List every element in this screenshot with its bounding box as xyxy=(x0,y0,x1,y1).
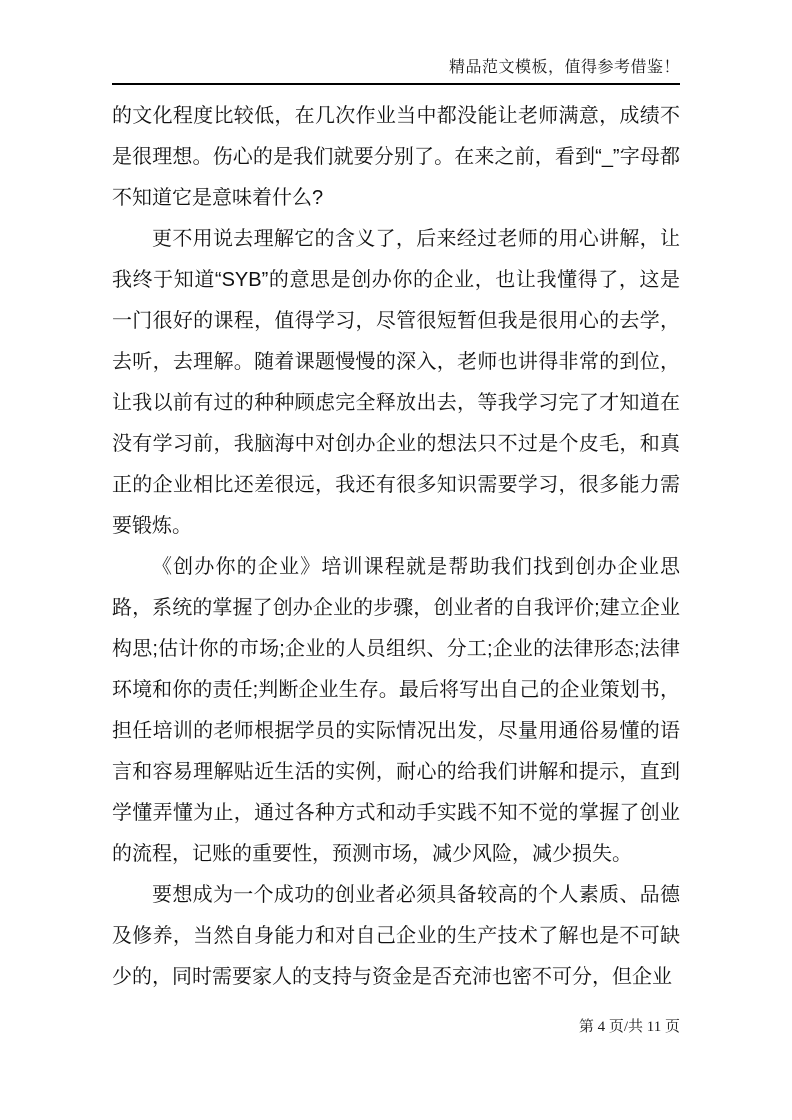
document-body: 的文化程度比较低，在几次作业当中都没能让老师满意，成绩不是很理想。伤心的是我们就… xyxy=(112,96,680,998)
page-footer: 第 4 页/共 11 页 xyxy=(579,1019,680,1035)
body-paragraph: 更不用说去理解它的含义了，后来经过老师的用心讲解，让我终于知道“SYB”的意思是… xyxy=(112,219,680,547)
page-number-indicator: 第 4 页/共 11 页 xyxy=(579,1019,680,1035)
body-paragraph: 《创办你的企业》培训课程就是帮助我们找到创办企业思路，系统的掌握了创办企业的步骤… xyxy=(112,547,680,875)
body-paragraph: 要想成为一个成功的创业者必须具备较高的个人素质、品德及修养，当然自身能力和对自己… xyxy=(112,875,680,998)
page-header: 精品范文模板，值得参考借鉴！ xyxy=(112,0,680,85)
header-slogan: 精品范文模板，值得参考借鉴！ xyxy=(112,58,680,78)
body-paragraph: 的文化程度比较低，在几次作业当中都没能让老师满意，成绩不是很理想。伤心的是我们就… xyxy=(112,96,680,219)
document-page: 精品范文模板，值得参考借鉴！ 的文化程度比较低，在几次作业当中都没能让老师满意，… xyxy=(0,0,792,1120)
header-divider xyxy=(112,83,680,85)
